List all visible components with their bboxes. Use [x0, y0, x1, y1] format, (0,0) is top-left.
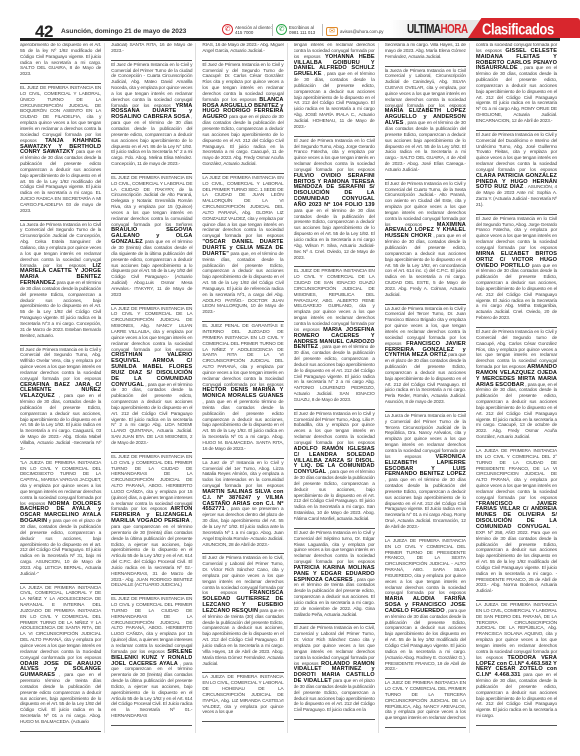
notice-divider: [294, 715, 375, 720]
notice-divider: [476, 323, 557, 328]
notice-text-continued: , para que en el perentorio término de t…: [20, 673, 101, 725]
notice-text-continued: , para que en el término de 30 días cont…: [294, 470, 375, 522]
column-2: Judicial) SANTA RITA, 16 de Mayo de 2023…: [111, 43, 196, 733]
notice-text: EL JUEZ DE PRIMERA INSTANCIA EN LO CIVIL…: [111, 597, 192, 655]
notice-divider: [20, 216, 101, 221]
email-contact[interactable]: ✉ avisos@uhora.com.py: [326, 27, 384, 36]
legal-notice: El Juez de Primera Instancia en lo Civil…: [294, 626, 375, 715]
ultimahora-logo: ULTIMAHORA: [407, 23, 467, 37]
notice-text-continued: , para que en el término de 30 días, con…: [111, 383, 192, 446]
notice-divider: [111, 56, 192, 61]
notice-text: La Jueza de Primera Instancia en lo Civi…: [20, 223, 101, 269]
notice-divider: [294, 524, 375, 529]
notice-text-continued: , para que en el término de 30 días, con…: [294, 345, 375, 403]
legal-notice: LA JUEZA DE PRIMERA INSTANCIA EN LO CIVI…: [202, 675, 283, 717]
notice-divider: [20, 579, 101, 584]
column-1: apercibimiento de lo dispuesto en el Art…: [20, 43, 105, 733]
legal-notice: LA JUEZ DE PRIMERA INSTANCIA EN LO CIVIL…: [111, 307, 192, 448]
legal-notice: Judicial) SANTA RITA, 16 de Mayo de 2023…: [111, 43, 192, 56]
notice-divider: [385, 407, 466, 412]
notice-text-continued: , para que comparezcan en el término per…: [111, 662, 192, 720]
column-5: Secretaría a mi cargo. Villa Hayes, 11 d…: [385, 43, 470, 733]
notice-text: RIAS, 16 de Mayo de 2023.- Abg. Miguel A…: [202, 43, 283, 54]
legal-notice: RIAS, 16 de Mayo de 2023.- Abg. Miguel A…: [202, 43, 283, 56]
notice-text-continued: para que en el término de treinta (30) d…: [202, 609, 283, 667]
notice-text-continued: para que en el término de 30 días contad…: [476, 264, 557, 322]
legal-notice: El Juez de Primera Instancia en lo Civil…: [294, 139, 375, 263]
legal-notice: EL JUEZ DE PRIMERA INSTANCIA EN LO CIVIL…: [111, 597, 192, 721]
legal-notice: la Jueza de Primera Instancia en lo Civi…: [385, 69, 466, 175]
notice-text: El Juez de Primera Instancia en lo Civil…: [20, 348, 101, 382]
legal-notice: LA JUEZA DE PRIMERA INSTANCIA EN LO CIVI…: [476, 603, 557, 721]
notice-text: apercibimiento de lo dispuesto en el Art…: [20, 43, 101, 77]
notice-divider: [476, 442, 557, 447]
contact-value: 0981 111 013: [289, 30, 315, 35]
notice-text: LA JUEZ DE PRIMERA INSTANCIA EN LO CIVIL…: [385, 681, 466, 721]
notice-text: EL JUEZ PENAL DE GARANTÍAS E INTERINO DE…: [202, 324, 283, 387]
notice-divider: [202, 317, 283, 322]
legal-notice: contra la sociedad conyugal formada por …: [476, 43, 557, 126]
legal-notice: El Juez de Primera Instancia en lo Civil…: [385, 182, 466, 300]
notice-text-continued: , para que en el término de 30 días cont…: [111, 115, 192, 167]
notice-text: LA JUEZA DE PRIMERA INSTANCIA EN LO CIVI…: [385, 539, 466, 597]
notice-divider: [20, 727, 101, 732]
notice-text: La Juez de 1º Instancia en lo Civil y Co…: [202, 461, 283, 489]
notice-divider: [20, 79, 101, 84]
notice-text-continued: , para que se presenten a ejercer sus de…: [202, 507, 283, 547]
notice-text-continued: para que en el plazo de 30 días contados…: [385, 353, 466, 405]
notice-text-continued: , para que en el término de 30 días, con…: [476, 66, 557, 124]
legal-notice: "LA JUEZA DE PRIMERA INSTANCIA EN LO CIV…: [20, 461, 101, 579]
phone-icon: ✆: [222, 24, 233, 35]
column-4: tengan interés en reclamar derechos cont…: [294, 43, 379, 733]
notice-divider: [294, 262, 375, 267]
notice-text: El Juez de Primera Instancia en lo Civil…: [294, 412, 375, 446]
legal-notice: La Jueza de Primera Instancia en lo Civi…: [20, 223, 101, 341]
notice-text-continued: , para que en el término de 30 días, con…: [20, 394, 101, 452]
notice-text: LA JUEZA DE PRIMERA INSTANCIA EN LO CIVI…: [202, 675, 283, 715]
notice-divider: [385, 175, 466, 180]
legal-notice: LA JUEZA DE PRIMERA INSTANCIA CIVIL, COM…: [20, 586, 101, 727]
notice-divider: [202, 169, 283, 174]
legal-notice: LA JUEZ DE PRIMERA INSTANCIA EN LO CIVIL…: [385, 681, 466, 723]
notice-text-continued: para que en el término de 30 días contad…: [294, 209, 375, 261]
notice-text: LA JUEZA DE PRIMERA INSTANCIA EN LO CIVI…: [476, 449, 557, 501]
legal-notice: LA JUEZA DE PRIMERA INSTANCIA EN LO CIVI…: [385, 539, 466, 674]
notice-divider: [476, 126, 557, 131]
divider: [322, 24, 323, 36]
legal-notice: Secretaría a mi cargo. Villa Hayes, 11 d…: [385, 43, 466, 62]
legal-notice: El Juez de Primera Instancia en lo Civil…: [476, 133, 557, 210]
notice-text: EL JUEZ DE PRIMERA INSTANCIA EN LO CIVIL…: [111, 176, 192, 228]
page-header: 42 Asunción, domingo 21 de mayo de 2023 …: [0, 0, 580, 38]
legal-notice: El Juez de Primera Instancia en lo Civil…: [294, 531, 375, 620]
column-6: contra la sociedad conyugal formada por …: [476, 43, 560, 733]
notice-text: El Juez de Primera Instancia en lo Civil…: [476, 217, 557, 251]
customer-service-contact: ✆ Atención al cliente:415 7000: [222, 24, 272, 35]
notice-text: EL JUEZ DE PRIMERA INSTANCIA EN LO CIVIL…: [294, 269, 375, 332]
notice-divider: [202, 454, 283, 459]
classifieds-columns: apercibimiento de lo dispuesto en el Art…: [20, 43, 560, 733]
notice-text-continued: para que, en el término de treinta días,…: [202, 252, 283, 315]
notice-text: El Juez de Primera Instancia en lo Civil…: [294, 531, 375, 565]
notice-text: LA JUEZ DE PRIMERA INSTANCIA EN LO CIVIL…: [111, 307, 192, 353]
notice-text-continued: para que en el término de 30 días contad…: [20, 281, 101, 339]
legal-notice: EL JUEZ DE PRIMERA INSTANCIA EN LO CIVIL…: [111, 455, 192, 590]
notice-divider: [111, 300, 192, 305]
legal-notice: EL JUEZ DE PRIMERA INSTANCIA EN LO CIVIL…: [111, 176, 192, 300]
notice-text-continued: , para que, en el término de 30 días, co…: [476, 383, 557, 441]
notice-text-continued: , para que en el término de 30 días, con…: [385, 234, 466, 297]
legal-notice: La Jueza de Primera Instancia en lo Civi…: [385, 414, 466, 532]
notice-divider: [385, 674, 466, 679]
legal-notice: La Juez de 1º Instancia en lo Civil y Co…: [202, 461, 283, 550]
brand-banner: ULTIMAHORA Clasificados: [390, 18, 580, 38]
legal-notice: tengan interés en reclamar derechos cont…: [294, 43, 375, 132]
legal-notice: El Juez de Primera Instancia en lo Civil…: [202, 63, 283, 169]
notice-text-continued: , para que en el término de 30 días, con…: [294, 72, 375, 130]
notice-divider: [111, 590, 192, 595]
notice-divider: [476, 210, 557, 215]
notice-text-continued: para que en el término de 30 días, conta…: [476, 673, 557, 719]
notice-text: EL JUEZ DE PRIMERA INSTANCIA EN LO CIVIL…: [111, 455, 192, 513]
notice-divider: [111, 448, 192, 453]
notice-text: EL JUEZ DE PRIMERA INSTANCIA EN LO CIVIL…: [20, 86, 101, 144]
legal-notice: El Juez de Primera Instancia en lo Civil…: [111, 63, 192, 169]
notice-divider: [294, 132, 375, 137]
notice-text: El Juez de Primera Instancia en lo Civil…: [476, 133, 557, 173]
legal-notice: El Juez de Primera Instancia en lo Civil…: [20, 348, 101, 454]
notice-text: El Juez de Primera Instancia en lo Civil…: [294, 139, 375, 173]
notice-text-continued: , para que en el término de 30 días cont…: [385, 121, 466, 173]
legal-notice: El Juez de Primera Instancia en lo Civil…: [476, 330, 557, 442]
notice-divider: [20, 454, 101, 459]
legal-notice: EL JUEZ PENAL DE GARANTÍAS E INTERINO DE…: [202, 324, 283, 454]
notice-text-continued: para que en el plazo de 30 días contados…: [202, 115, 283, 167]
notice-text-continued: para que en el plazo de 30 días contados…: [294, 679, 375, 713]
legal-notice: El Juez de Primera Instancia en lo Civil…: [294, 412, 375, 524]
divider: [272, 24, 273, 36]
notice-divider: [385, 532, 466, 537]
legal-notice: apercibimiento de lo dispuesto en el Art…: [20, 43, 101, 79]
notice-divider: [202, 56, 283, 61]
notice-text-continued: , para que en término de 30 días contado…: [385, 609, 466, 672]
section-title: Clasificados: [482, 20, 554, 38]
whatsapp-contact: ✆ Escribinos al0981 111 013: [276, 24, 315, 35]
notice-divider: [202, 668, 283, 673]
notice-divider: [202, 717, 283, 722]
notice-divider: [385, 300, 466, 305]
whatsapp-icon: ✆: [276, 24, 287, 35]
legal-notice: EL JUEZ DE PRIMERA INSTANCIA EN LO CIVIL…: [294, 269, 375, 404]
notice-divider: [20, 341, 101, 346]
contact-value: 415 7000: [235, 30, 253, 35]
notice-text: LA JUEZA DE PRIMERA INSTANCIA EN LO CIVI…: [476, 603, 557, 661]
notice-text: LA JUEZA DE PRIMERA INSTANCIA CIVIL, COM…: [20, 586, 101, 661]
notice-divider: [476, 721, 557, 726]
notice-divider: [385, 62, 466, 67]
spouse-names: FULVIO OVIDIO SERAFINI BRITOS Y RAMONA T…: [294, 173, 375, 208]
notice-divider: [476, 596, 557, 601]
notice-divider: [385, 723, 466, 728]
legal-notice: La Juez de Primera Instancia en lo Civil…: [385, 307, 466, 407]
notice-text: la Jueza de Primera Instancia en lo Civi…: [385, 69, 466, 109]
column-3: RIAS, 16 de Mayo de 2023.- Abg. Miguel A…: [202, 43, 287, 733]
notice-divider: [111, 169, 192, 174]
email-link[interactable]: avisos@uhora.com.py: [340, 29, 384, 34]
legal-notice: El Juez de Primera Instancia en lo Civil…: [476, 217, 557, 323]
notice-text-continued: , para que en el perentorio término de t…: [202, 400, 283, 452]
notice-text: LA JUEZ DE PRIMERA INSTANCIA EN LO CIVIL…: [202, 176, 283, 239]
header-rule: [20, 38, 560, 41]
spouse-names: "FRANCISCO JAVIER FARIAS VILLAR C/ ANDRE…: [476, 501, 557, 530]
legal-notice: LA JUEZA DE PRIMERA INSTANCIA EN LO CIVI…: [476, 449, 557, 596]
notice-text-continued: y para que en el plazo de 30 días, conta…: [20, 519, 101, 577]
notice-divider: [294, 405, 375, 410]
notice-text-continued: , para que en el término de 30 días cont…: [385, 478, 466, 530]
notice-text-continued: . EXP. Nº 258, AÑO 2022. Para que en tér…: [476, 525, 557, 594]
notice-divider: [202, 549, 283, 554]
notice-text-continued: para que en el término de 30 días contad…: [20, 150, 101, 213]
notice-text-continued: , para que en el término de treinta días…: [294, 578, 375, 618]
spouse-names: HECTOR DENIS MARIÑA Y MONICA MORALES GUA…: [202, 387, 283, 399]
notice-text-continued: para que en el término de 30 (treinta) d…: [111, 240, 192, 298]
publication-date: Asunción, domingo 21 de mayo de 2023: [61, 28, 186, 35]
notice-text: Judicial) SANTA RITA, 16 de Mayo de 2023…: [111, 43, 192, 54]
mail-icon: ✉: [326, 27, 338, 36]
notice-divider: [294, 619, 375, 624]
notice-text: Secretaría a mi cargo. Villa Hayes, 11 d…: [385, 43, 466, 60]
legal-notice: El Juez de Primera Instancia en lo Civil…: [202, 556, 283, 668]
notice-divider: [111, 721, 192, 726]
legal-notice: LA JUEZ DE PRIMERA INSTANCIA EN LO CIVIL…: [202, 176, 283, 317]
legal-notice: EL JUEZ DE PRIMERA INSTANCIA EN LO CIVIL…: [20, 86, 101, 216]
notice-text-continued: , para que comparezcan en el término per…: [111, 519, 192, 588]
